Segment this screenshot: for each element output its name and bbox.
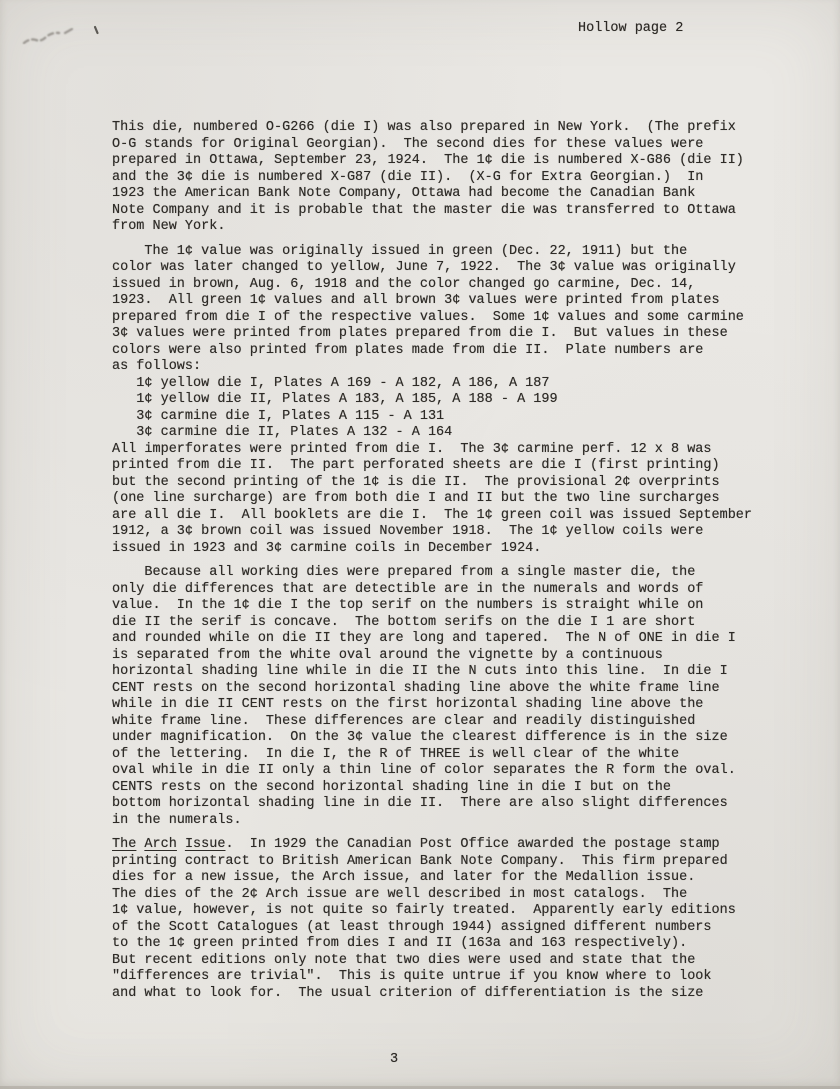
document-body: This die, numbered O-G266 (die I) was al… [112, 120, 780, 1002]
text-line: as follows: [112, 359, 780, 376]
text-line: 3¢ carmine die I, Plates A 115 - A 131 [112, 409, 780, 426]
text-line: The Arch Issue. In 1929 the Canadian Pos… [112, 837, 780, 854]
text-line: horizontal shading line while in die II … [112, 664, 780, 681]
para-die-differences: Because all working dies were prepared f… [112, 565, 780, 829]
text-line: printed from die II. The part perforated… [112, 458, 780, 475]
text-line: of the Scott Catalogues (at least throug… [112, 920, 780, 937]
ink-smudge [20, 20, 104, 50]
text-line: issued in brown, Aug. 6, 1918 and the co… [112, 277, 780, 294]
text-line: issued in 1923 and 3¢ carmine coils in D… [112, 541, 780, 558]
text-line: Note Company and it is probable that the… [112, 203, 780, 220]
text-line: die II the serif is concave. The bottom … [112, 615, 780, 632]
para-colors-and-plates: The 1¢ value was originally issued in gr… [112, 244, 780, 558]
text-line: of the lettering. In die I, the R of THR… [112, 747, 780, 764]
text-line: 1923 the American Bank Note Company, Ott… [112, 186, 780, 203]
text-line: (one line surcharge) are from both die I… [112, 491, 780, 508]
document-page: Hollow page 2 This die, numbered O-G266 … [0, 0, 840, 1089]
text-line: But recent editions only note that two d… [112, 953, 780, 970]
text-line: CENTS rests on the second horizontal sha… [112, 780, 780, 797]
page-number: 3 [0, 1052, 788, 1067]
text-line: under magnification. On the 3¢ value the… [112, 730, 780, 747]
text-line: 1¢ yellow die I, Plates A 169 - A 182, A… [112, 376, 780, 393]
text-line: colors were also printed from plates mad… [112, 343, 780, 360]
text-line: 3¢ values were printed from plates prepa… [112, 326, 780, 343]
text-line: and what to look for. The usual criterio… [112, 986, 780, 1003]
page-header: Hollow page 2 [578, 21, 683, 36]
text-line: is separated from the white oval around … [112, 648, 780, 665]
text-line: color was later changed to yellow, June … [112, 260, 780, 277]
underlined-heading: Arch [144, 837, 176, 852]
text-line: from New York. [112, 219, 780, 236]
text-line: bottom horizontal shading line in die II… [112, 796, 780, 813]
para-die-numbers: This die, numbered O-G266 (die I) was al… [112, 120, 780, 236]
text-line: and rounded while on die II they are lon… [112, 631, 780, 648]
text-line: printing contract to British American Ba… [112, 854, 780, 871]
text-line: 1¢ value, however, is not quite so fairl… [112, 903, 780, 920]
text-line: 3¢ carmine die II, Plates A 132 - A 164 [112, 425, 780, 442]
text-line: 1923. All green 1¢ values and all brown … [112, 293, 780, 310]
text-line: prepared in Ottawa, September 23, 1924. … [112, 153, 780, 170]
text-line: and the 3¢ die is numbered X-G87 (die II… [112, 170, 780, 187]
text-line: prepared from die I of the respective va… [112, 310, 780, 327]
text-line: The dies of the 2¢ Arch issue are well d… [112, 887, 780, 904]
text-line: Because all working dies were prepared f… [112, 565, 780, 582]
text-line: while in die II CENT rests on the first … [112, 697, 780, 714]
text-line: CENT rests on the second horizontal shad… [112, 681, 780, 698]
text-line: O-G stands for Original Georgian). The s… [112, 137, 780, 154]
text-line: dies for a new issue, the Arch issue, an… [112, 870, 780, 887]
para-arch-issue: The Arch Issue. In 1929 the Canadian Pos… [112, 837, 780, 1002]
underlined-heading: The [112, 837, 136, 852]
text-line: to the 1¢ green printed from dies I and … [112, 936, 780, 953]
text-line: All imperforates were printed from die I… [112, 442, 780, 459]
text-line: The 1¢ value was originally issued in gr… [112, 244, 780, 261]
text-line: 1912, a 3¢ brown coil was issued Novembe… [112, 524, 780, 541]
text-line: white frame line. These differences are … [112, 714, 780, 731]
text-line: are all die I. All booklets are die I. T… [112, 508, 780, 525]
text-line: in the numerals. [112, 813, 780, 830]
text-line: This die, numbered O-G266 (die I) was al… [112, 120, 780, 137]
text-line: "differences are trivial". This is quite… [112, 969, 780, 986]
text-line: but the second printing of the 1¢ is die… [112, 475, 780, 492]
underlined-heading: Issue [185, 837, 226, 852]
text-line: value. In the 1¢ die I the top serif on … [112, 598, 780, 615]
text-line: only die differences that are detectible… [112, 582, 780, 599]
text-line: oval while in die II only a thin line of… [112, 763, 780, 780]
text-line: 1¢ yellow die II, Plates A 183, A 185, A… [112, 392, 780, 409]
